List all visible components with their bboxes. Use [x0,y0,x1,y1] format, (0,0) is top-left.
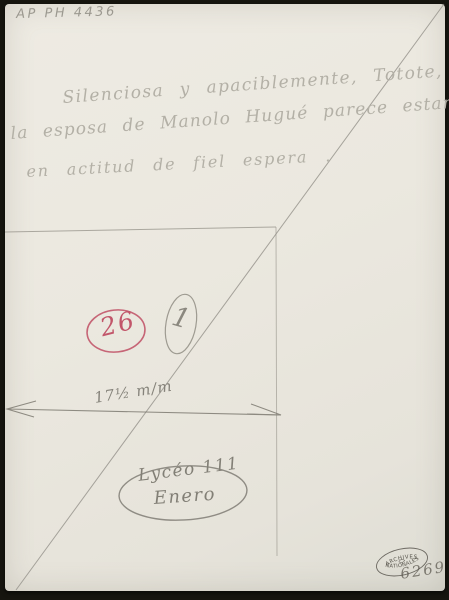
caption-line-2: Enero [153,484,217,509]
frame-horizontal-line [5,227,276,232]
frame-vertical-line [276,227,277,556]
arrow-right-head [247,404,281,415]
archive-code: AP PH 4436 [16,4,117,22]
scan-background: AP PH 4436 Silenciosa y apaciblemente, T… [0,0,449,600]
